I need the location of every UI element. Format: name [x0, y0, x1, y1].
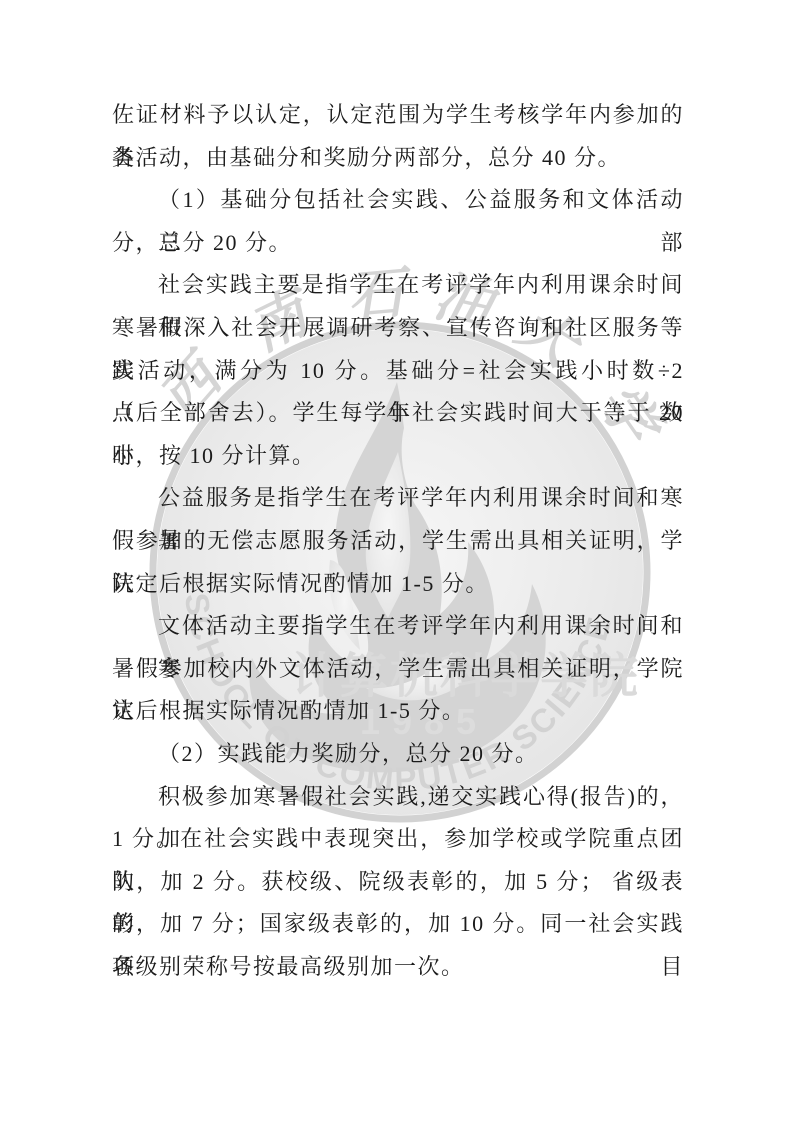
- text-line: 假参加的无偿志愿服务活动，学生需出具相关证明，学院: [112, 520, 684, 563]
- text-line: 文体活动主要指学生在考评学年内利用课余时间和寒: [112, 605, 684, 648]
- text-line: （1）基础分包括社会实践、公益服务和文体活动三部: [112, 179, 684, 222]
- text-line: 寒暑假深入社会开展调研考察、宣传咨询和社区服务等实: [112, 307, 684, 350]
- text-line: 践活动，满分为 10 分。基础分=社会实践小时数÷2（小数: [112, 350, 684, 393]
- text-line: 时，按 10 分计算。: [112, 435, 684, 478]
- document-page: SCHOOL OF COMPUTER SCIENCE 西南石油大学 计算机科学学…: [0, 0, 794, 1123]
- text-line: 1 分。在社会实践中表现突出，参加学校或学院重点团队: [112, 818, 684, 861]
- text-line: 的，加 2 分。获校级、院级表彰的，加 5 分； 省级表彰: [112, 861, 684, 904]
- text-line: 积极参加寒暑假社会实践,递交实践心得(报告)的，加: [112, 776, 684, 819]
- text-line: 认定后根据实际情况酌情加 1-5 分。: [112, 563, 684, 606]
- text-line: 佐证材料予以认定，认定范围为学生考核学年内参加的各: [112, 94, 684, 137]
- text-line: 的，加 7 分；国家级表彰的，加 10 分。同一社会实践项目: [112, 903, 684, 946]
- text-line: 公益服务是指学生在考评学年内利用课余时间和寒暑: [112, 477, 684, 520]
- text-line: 类活动，由基础分和奖励分两部分，总分 40 分。: [112, 137, 684, 180]
- text-line: 暑假参加校内外文体活动，学生需出具相关证明，学院认: [112, 648, 684, 691]
- document-text: 佐证材料予以认定，认定范围为学生考核学年内参加的各类活动，由基础分和奖励分两部分…: [112, 94, 684, 988]
- text-line: 点后全部舍去）。学生每学年社会实践时间大于等于 20 小: [112, 392, 684, 435]
- text-line: （2）实践能力奖励分，总分 20 分。: [112, 733, 684, 776]
- text-line: 定后根据实际情况酌情加 1-5 分。: [112, 690, 684, 733]
- text-line: 社会实践主要是指学生在考评学年内利用课余时间和: [112, 264, 684, 307]
